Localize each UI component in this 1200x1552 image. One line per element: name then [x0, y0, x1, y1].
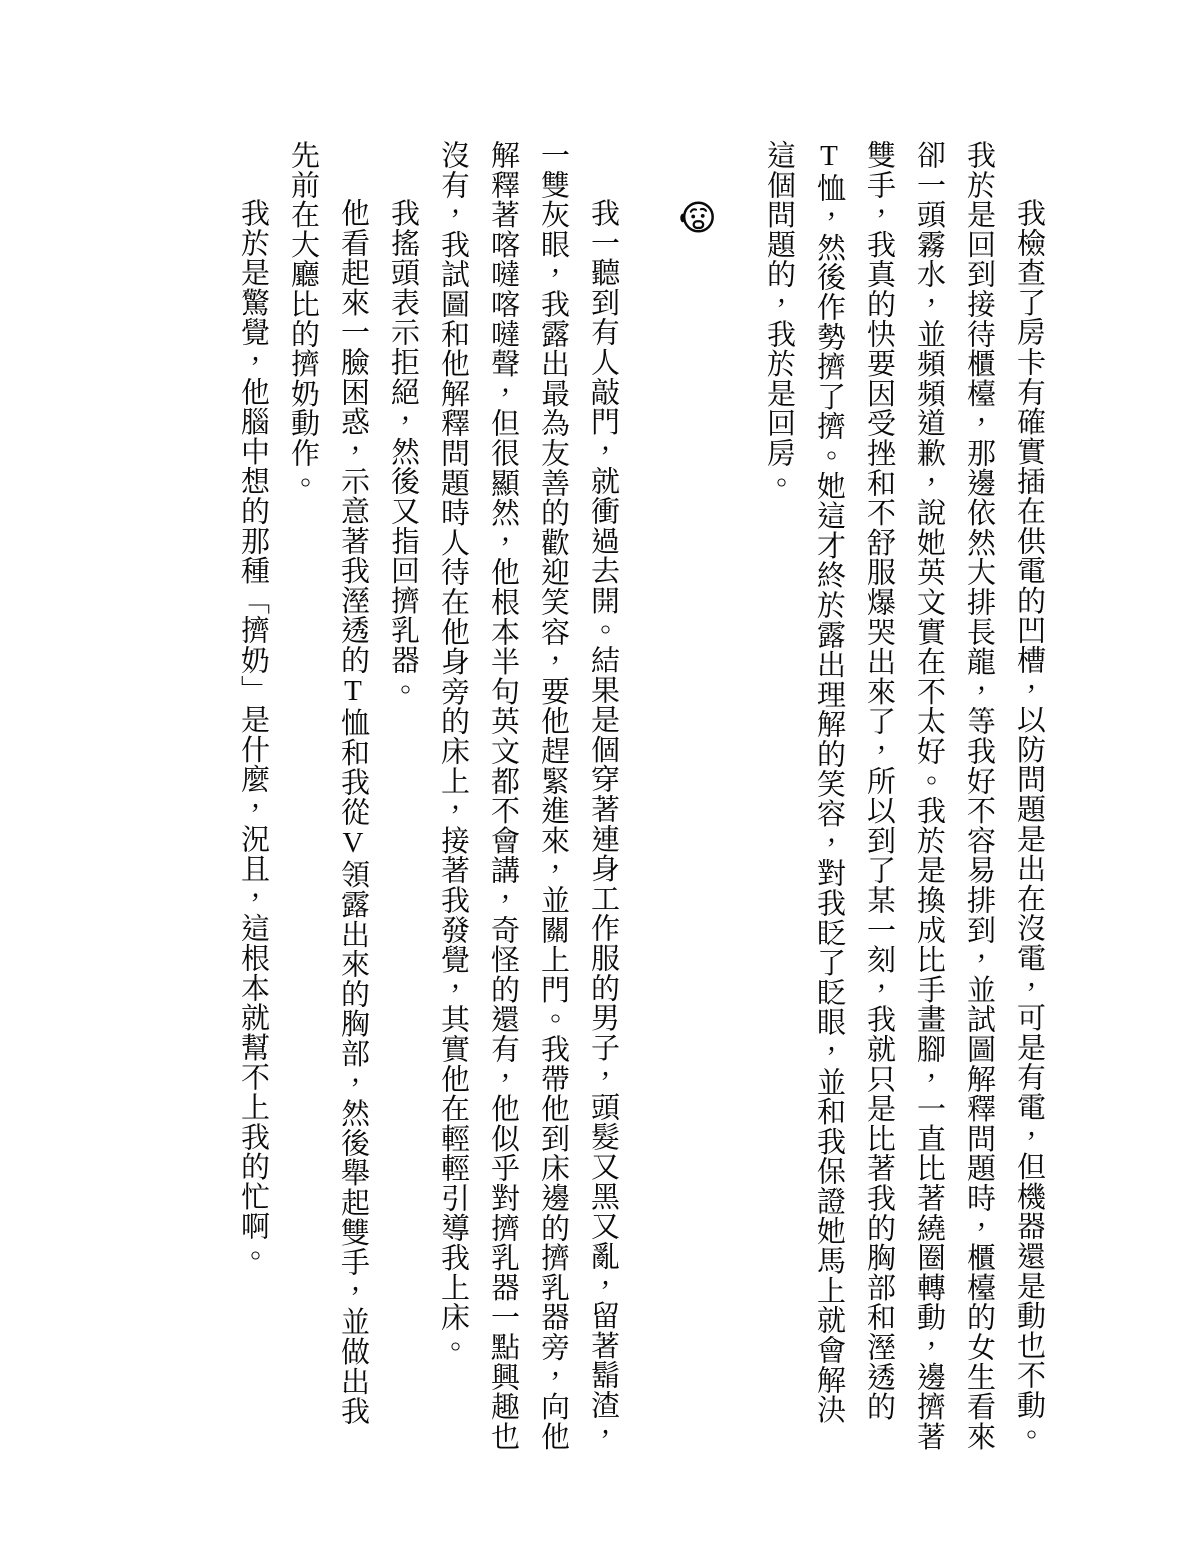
paragraph-3: 我一聽到有人敲門，就衝過去開。結果是個穿著連身工作服的男子，頭髮又黑又亂，留著鬍… — [428, 140, 628, 1452]
paragraph-1: 我檢查了房卡有確實插在供電的凹槽，以防問題是出在沒電，可是有電，但機器還是動也不… — [754, 140, 1054, 1452]
paragraph-4: 我搖頭表示拒絕，然後又指回擠乳器。 — [378, 140, 428, 1452]
anxious-face-with-sweat-emoji — [678, 198, 716, 236]
paragraph-5: 他看起來一臉困惑，示意著我溼透的T恤和我從V領露出來的胸部，然後舉起雙手，並做出… — [278, 140, 378, 1452]
paragraph-6: 我於是驚覺，他腦中想的那種「擠奶」是什麼，況且，這根本就幫不上我的忙啊。 — [228, 140, 278, 1452]
book-page: 我檢查了房卡有確實插在供電的凹槽，以防問題是出在沒電，可是有電，但機器還是動也不… — [0, 0, 1200, 1552]
vertical-text-block: 我檢查了房卡有確實插在供電的凹槽，以防問題是出在沒電，可是有電，但機器還是動也不… — [228, 140, 1054, 1452]
emoji-paragraph — [672, 140, 722, 1452]
